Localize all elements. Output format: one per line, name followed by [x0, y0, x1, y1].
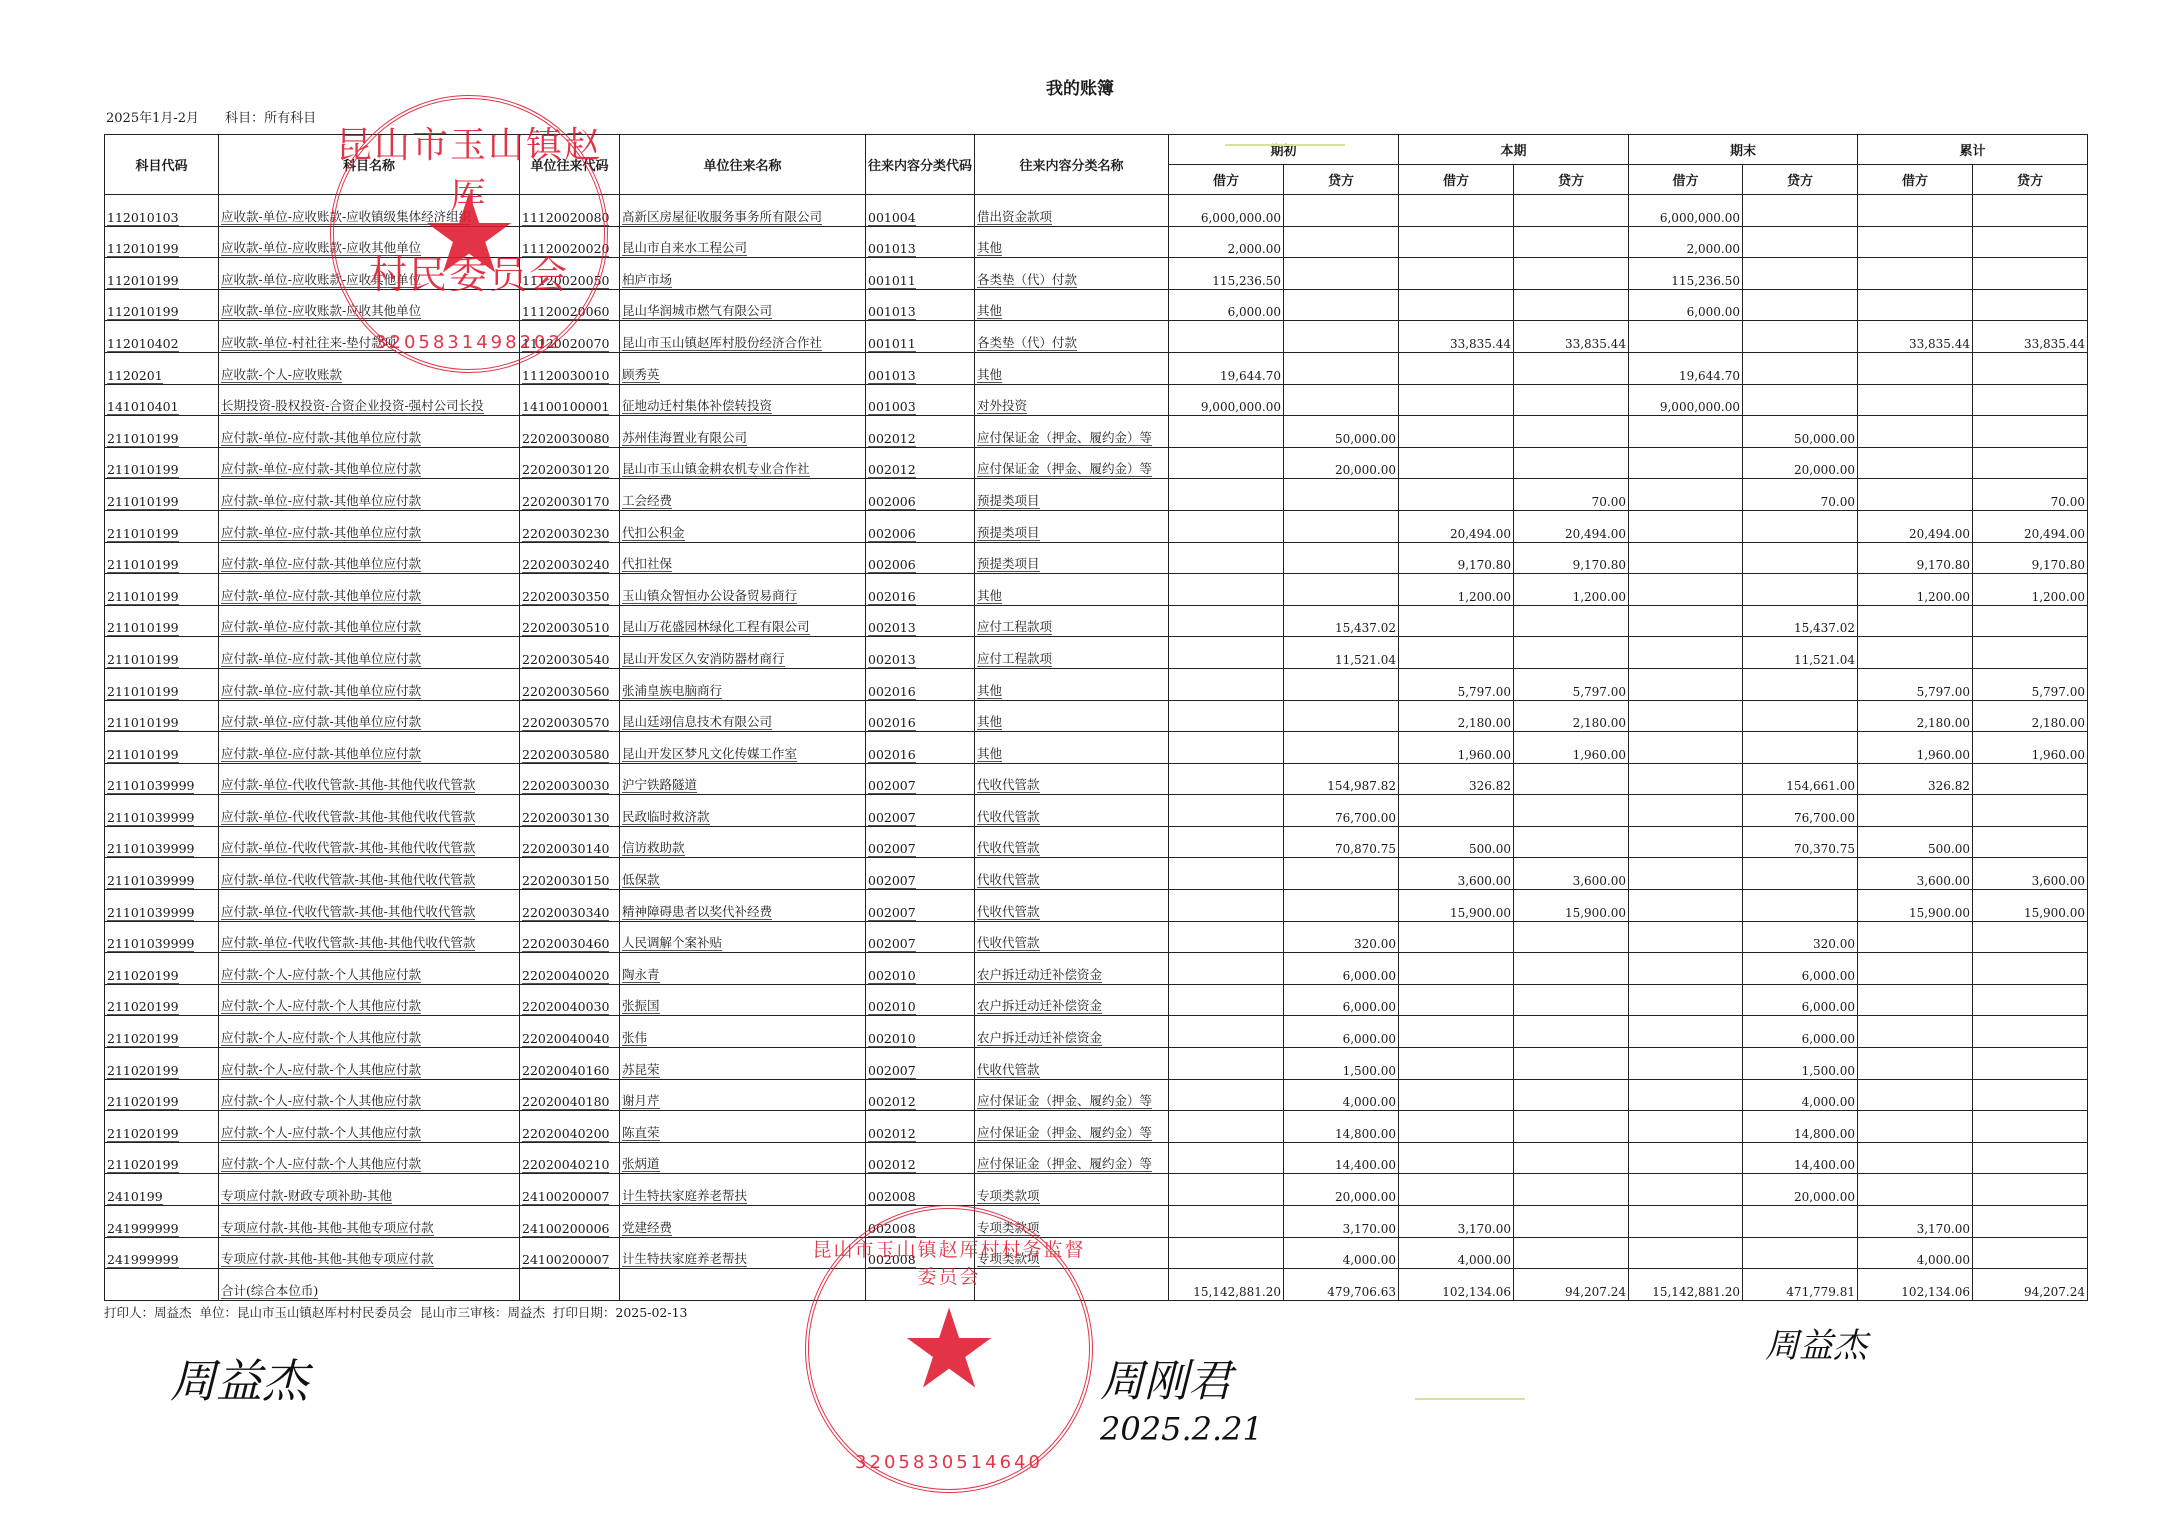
opening-credit-cell	[1284, 510, 1399, 542]
unit-name-cell: 低保款	[620, 858, 866, 890]
current-credit-cell: 20,494.00	[1514, 510, 1629, 542]
report-filter: 2025年1月-2月 科目：所有科目	[106, 107, 316, 126]
table-row: 112010199应收款-单位-应收账款-应收其他单位11120020050柏庐…	[105, 258, 2088, 290]
opening-debit-cell	[1169, 1237, 1284, 1269]
current-credit-cell	[1514, 826, 1629, 858]
category-code-cell: 001003	[866, 384, 975, 416]
account-code-cell: 21101039999	[105, 890, 219, 922]
category-name-cell: 代收代管款	[975, 763, 1169, 795]
cumulative-credit-cell	[1973, 1174, 2088, 1206]
unit-name-cell: 人民调解个案补贴	[620, 921, 866, 953]
ending-debit-cell	[1629, 1079, 1743, 1111]
unit-name-cell: 精神障碍患者以奖代补经费	[620, 890, 866, 922]
account-name-cell: 应付款-单位-应付款-其他单位应付款	[219, 416, 520, 448]
cumulative-debit-cell	[1858, 1048, 1973, 1080]
unit-code-cell: 11120020050	[520, 258, 620, 290]
account-code-cell: 2410199	[105, 1174, 219, 1206]
cumulative-debit-cell	[1858, 289, 1973, 321]
ending-debit-cell	[1629, 921, 1743, 953]
unit-name-cell: 张伟	[620, 1016, 866, 1048]
category-name-cell: 代收代管款	[975, 858, 1169, 890]
total-open-cr-cell: 479,706.63	[1284, 1269, 1399, 1301]
period-label: 2025年1月-2月	[106, 111, 199, 126]
unit-code-cell: 11120020060	[520, 289, 620, 321]
unit-name-cell: 计生特扶家庭养老帮扶	[620, 1174, 866, 1206]
header-group-current: 本期	[1399, 135, 1629, 165]
opening-credit-cell	[1284, 574, 1399, 606]
total-end-cr-cell: 471,779.81	[1743, 1269, 1858, 1301]
table-row: 21101039999应付款-单位-代收代管款-其他-其他代收代管款220200…	[105, 890, 2088, 922]
current-debit-cell	[1399, 984, 1514, 1016]
current-debit-cell: 20,494.00	[1399, 510, 1514, 542]
account-code-cell: 112010199	[105, 289, 219, 321]
account-name-cell: 应付款-单位-应付款-其他单位应付款	[219, 542, 520, 574]
cumulative-debit-cell	[1858, 258, 1973, 290]
account-code-cell: 211010199	[105, 732, 219, 764]
highlight-mark	[1415, 1398, 1525, 1400]
current-credit-cell	[1514, 352, 1629, 384]
cumulative-credit-cell: 70.00	[1973, 479, 2088, 511]
current-credit-cell: 9,170.80	[1514, 542, 1629, 574]
ending-credit-cell	[1743, 858, 1858, 890]
table-row: 241999999专项应付款-其他-其他-其他专项应付款24100200006党…	[105, 1206, 2088, 1238]
unit-code-cell: 22020030130	[520, 795, 620, 827]
category-code-cell: 002012	[866, 447, 975, 479]
current-credit-cell	[1514, 447, 1629, 479]
signature-left: 周益杰	[170, 1345, 308, 1411]
unit-code-cell: 22020040200	[520, 1111, 620, 1143]
category-code-cell: 002010	[866, 984, 975, 1016]
current-debit-cell	[1399, 637, 1514, 669]
ledger-table: 科目代码 科目名称 单位往来代码 单位往来名称 往来内容分类代码 往来内容分类名…	[104, 134, 2088, 1301]
account-name-cell: 应收款-单位-应收账款-应收其他单位	[219, 289, 520, 321]
opening-credit-cell	[1284, 352, 1399, 384]
ending-debit-cell	[1629, 1237, 1743, 1269]
current-credit-cell: 33,835.44	[1514, 321, 1629, 353]
signature-middle-date: 2025.2.21	[1100, 1410, 1263, 1448]
ending-credit-cell	[1743, 195, 1858, 227]
table-row: 112010199应收款-单位-应收账款-应收其他单位11120020020昆山…	[105, 226, 2088, 258]
table-row: 141010401长期投资-股权投资-合资企业投资-强村公司长投14100100…	[105, 384, 2088, 416]
cumulative-debit-cell	[1858, 226, 1973, 258]
current-debit-cell: 15,900.00	[1399, 890, 1514, 922]
table-row: 211010199应付款-单位-应付款-其他单位应付款22020030570昆山…	[105, 700, 2088, 732]
current-credit-cell: 5,797.00	[1514, 668, 1629, 700]
category-name-cell: 预提类项目	[975, 510, 1169, 542]
opening-credit-cell: 6,000.00	[1284, 953, 1399, 985]
total-cum-cr-cell: 94,207.24	[1973, 1269, 2088, 1301]
current-credit-cell: 1,200.00	[1514, 574, 1629, 606]
ending-credit-cell	[1743, 384, 1858, 416]
cumulative-credit-cell	[1973, 637, 2088, 669]
header-debit: 借方	[1399, 165, 1514, 195]
cumulative-debit-cell: 4,000.00	[1858, 1237, 1973, 1269]
opening-credit-cell: 50,000.00	[1284, 416, 1399, 448]
account-code-cell: 211020199	[105, 1111, 219, 1143]
table-row: 211020199应付款-个人-应付款-个人其他应付款22020040200陈直…	[105, 1111, 2088, 1143]
print-date: 打印日期：2025-02-13	[553, 1305, 688, 1320]
ending-credit-cell: 1,500.00	[1743, 1048, 1858, 1080]
account-name-cell: 应收款-单位-应收账款-应收其他单位	[219, 258, 520, 290]
unit-name-cell: 代扣公积金	[620, 510, 866, 542]
cumulative-credit-cell	[1973, 384, 2088, 416]
total-open-dr-cell: 15,142,881.20	[1169, 1269, 1284, 1301]
account-name-cell: 应付款-单位-应付款-其他单位应付款	[219, 700, 520, 732]
opening-debit-cell	[1169, 447, 1284, 479]
account-code-cell: 211010199	[105, 479, 219, 511]
account-code-cell: 112010199	[105, 258, 219, 290]
current-credit-cell	[1514, 416, 1629, 448]
opening-credit-cell: 20,000.00	[1284, 447, 1399, 479]
header-group-ending: 期末	[1629, 135, 1858, 165]
empty-cell	[866, 1269, 975, 1301]
current-debit-cell	[1399, 1142, 1514, 1174]
account-code-cell: 112010199	[105, 226, 219, 258]
current-debit-cell	[1399, 1048, 1514, 1080]
cumulative-credit-cell	[1973, 447, 2088, 479]
current-debit-cell	[1399, 605, 1514, 637]
account-code-cell: 211010199	[105, 447, 219, 479]
opening-debit-cell	[1169, 953, 1284, 985]
ending-credit-cell	[1743, 542, 1858, 574]
category-code-cell: 002006	[866, 479, 975, 511]
current-debit-cell	[1399, 384, 1514, 416]
ending-credit-cell	[1743, 289, 1858, 321]
header-debit: 借方	[1169, 165, 1284, 195]
cumulative-debit-cell	[1858, 1142, 1973, 1174]
ending-credit-cell: 20,000.00	[1743, 447, 1858, 479]
opening-debit-cell	[1169, 605, 1284, 637]
account-code-cell: 211010199	[105, 605, 219, 637]
cumulative-debit-cell	[1858, 984, 1973, 1016]
category-code-cell: 001004	[866, 195, 975, 227]
opening-credit-cell: 20,000.00	[1284, 1174, 1399, 1206]
category-name-cell: 其他	[975, 289, 1169, 321]
account-name-cell: 专项应付款-其他-其他-其他专项应付款	[219, 1206, 520, 1238]
ending-debit-cell	[1629, 637, 1743, 669]
cumulative-credit-cell	[1973, 984, 2088, 1016]
cumulative-credit-cell: 15,900.00	[1973, 890, 2088, 922]
account-name-cell: 应付款-个人-应付款-个人其他应付款	[219, 1016, 520, 1048]
account-code-cell: 241999999	[105, 1206, 219, 1238]
table-row: 211010199应付款-单位-应付款-其他单位应付款22020030560张浦…	[105, 668, 2088, 700]
unit-code-cell: 11120030010	[520, 352, 620, 384]
opening-credit-cell: 70,870.75	[1284, 826, 1399, 858]
opening-credit-cell	[1284, 289, 1399, 321]
star-icon: ★	[900, 1294, 999, 1404]
document-title: 我的账簿	[1000, 74, 1160, 99]
unit-code-cell: 22020030030	[520, 763, 620, 795]
ending-debit-cell	[1629, 574, 1743, 606]
unit-code-cell: 22020030080	[520, 416, 620, 448]
table-row: 211010199应付款-单位-应付款-其他单位应付款22020030230代扣…	[105, 510, 2088, 542]
unit-name-cell: 党建经费	[620, 1206, 866, 1238]
category-code-cell: 002008	[866, 1174, 975, 1206]
account-code-cell: 211010199	[105, 510, 219, 542]
opening-credit-cell	[1284, 858, 1399, 890]
account-name-cell: 应收款-单位-应收账款-应收镇级集体经济组织	[219, 195, 520, 227]
cumulative-credit-cell	[1973, 226, 2088, 258]
ending-debit-cell	[1629, 1142, 1743, 1174]
ending-credit-cell: 50,000.00	[1743, 416, 1858, 448]
ending-credit-cell: 11,521.04	[1743, 637, 1858, 669]
current-debit-cell	[1399, 352, 1514, 384]
ending-debit-cell	[1629, 321, 1743, 353]
current-credit-cell	[1514, 637, 1629, 669]
opening-credit-cell	[1284, 195, 1399, 227]
current-credit-cell: 2,180.00	[1514, 700, 1629, 732]
unit-code-cell: 24100200006	[520, 1206, 620, 1238]
unit: 单位：昆山市玉山镇赵厍村村民委员会	[199, 1305, 412, 1320]
unit-code-cell: 22020030560	[520, 668, 620, 700]
category-name-cell: 代收代管款	[975, 890, 1169, 922]
current-credit-cell	[1514, 258, 1629, 290]
current-debit-cell: 1,200.00	[1399, 574, 1514, 606]
ending-debit-cell: 115,236.50	[1629, 258, 1743, 290]
cumulative-credit-cell	[1973, 195, 2088, 227]
current-debit-cell	[1399, 795, 1514, 827]
opening-debit-cell	[1169, 416, 1284, 448]
cumulative-credit-cell	[1973, 1111, 2088, 1143]
account-code-cell: 211010199	[105, 574, 219, 606]
opening-credit-cell	[1284, 384, 1399, 416]
account-code-cell: 21101039999	[105, 763, 219, 795]
table-row: 211010199应付款-单位-应付款-其他单位应付款22020030240代扣…	[105, 542, 2088, 574]
current-credit-cell	[1514, 921, 1629, 953]
unit-name-cell: 昆山市自来水工程公司	[620, 226, 866, 258]
opening-debit-cell	[1169, 858, 1284, 890]
opening-debit-cell	[1169, 321, 1284, 353]
opening-debit-cell	[1169, 510, 1284, 542]
category-code-cell: 001011	[866, 258, 975, 290]
current-debit-cell: 2,180.00	[1399, 700, 1514, 732]
cumulative-credit-cell	[1973, 258, 2088, 290]
ending-debit-cell	[1629, 1016, 1743, 1048]
category-code-cell: 002008	[866, 1206, 975, 1238]
cumulative-debit-cell: 9,170.80	[1858, 542, 1973, 574]
opening-debit-cell	[1169, 637, 1284, 669]
ending-debit-cell: 6,000,000.00	[1629, 195, 1743, 227]
cumulative-debit-cell: 500.00	[1858, 826, 1973, 858]
current-credit-cell	[1514, 226, 1629, 258]
opening-credit-cell	[1284, 732, 1399, 764]
opening-credit-cell: 320.00	[1284, 921, 1399, 953]
table-row: 211010199应付款-单位-应付款-其他单位应付款22020030170工会…	[105, 479, 2088, 511]
unit-code-cell: 24100200007	[520, 1237, 620, 1269]
ending-credit-cell	[1743, 352, 1858, 384]
category-name-cell: 应付保证金（押金、履约金）等	[975, 416, 1169, 448]
opening-debit-cell	[1169, 479, 1284, 511]
ending-debit-cell	[1629, 953, 1743, 985]
opening-debit-cell	[1169, 984, 1284, 1016]
category-code-cell: 002013	[866, 605, 975, 637]
cumulative-debit-cell	[1858, 479, 1973, 511]
category-code-cell: 002010	[866, 953, 975, 985]
ending-credit-cell: 6,000.00	[1743, 1016, 1858, 1048]
current-debit-cell	[1399, 447, 1514, 479]
account-name-cell: 应付款-单位-应付款-其他单位应付款	[219, 510, 520, 542]
seal-code: 3205830514640	[809, 1452, 1089, 1473]
ending-credit-cell: 14,400.00	[1743, 1142, 1858, 1174]
empty-cell	[975, 1269, 1169, 1301]
account-name-cell: 应付款-个人-应付款-个人其他应付款	[219, 1048, 520, 1080]
cumulative-debit-cell: 3,600.00	[1858, 858, 1973, 890]
ending-debit-cell	[1629, 510, 1743, 542]
opening-credit-cell: 6,000.00	[1284, 984, 1399, 1016]
category-name-cell: 专项类款项	[975, 1206, 1169, 1238]
unit-name-cell: 顾秀英	[620, 352, 866, 384]
unit-code-cell: 22020030580	[520, 732, 620, 764]
ending-credit-cell	[1743, 1206, 1858, 1238]
category-code-cell: 002010	[866, 1016, 975, 1048]
ending-debit-cell	[1629, 668, 1743, 700]
header-unit-name: 单位往来名称	[620, 135, 866, 195]
category-code-cell: 001013	[866, 352, 975, 384]
cumulative-credit-cell: 1,960.00	[1973, 732, 2088, 764]
ending-credit-cell: 70,370.75	[1743, 826, 1858, 858]
current-credit-cell	[1514, 763, 1629, 795]
cumulative-debit-cell	[1858, 637, 1973, 669]
account-code-cell: 211020199	[105, 953, 219, 985]
category-code-cell: 001011	[866, 321, 975, 353]
opening-credit-cell: 6,000.00	[1284, 1016, 1399, 1048]
account-code-cell: 1120201	[105, 352, 219, 384]
current-credit-cell	[1514, 795, 1629, 827]
ending-credit-cell	[1743, 258, 1858, 290]
cumulative-debit-cell	[1858, 195, 1973, 227]
total-label: 合计(综合本位币)	[219, 1269, 520, 1301]
account-code-cell: 211010199	[105, 416, 219, 448]
unit-name-cell: 昆山市玉山镇金耕农机专业合作社	[620, 447, 866, 479]
category-code-cell: 002007	[866, 858, 975, 890]
cumulative-credit-cell: 5,797.00	[1973, 668, 2088, 700]
header-category-code: 往来内容分类代码	[866, 135, 975, 195]
opening-credit-cell: 4,000.00	[1284, 1079, 1399, 1111]
current-debit-cell	[1399, 1079, 1514, 1111]
account-code-cell: 141010401	[105, 384, 219, 416]
category-name-cell: 专项类款项	[975, 1237, 1169, 1269]
current-debit-cell	[1399, 1016, 1514, 1048]
cumulative-debit-cell	[1858, 795, 1973, 827]
cumulative-debit-cell	[1858, 416, 1973, 448]
unit-name-cell: 高新区房屋征收服务事务所有限公司	[620, 195, 866, 227]
opening-debit-cell	[1169, 542, 1284, 574]
current-credit-cell	[1514, 384, 1629, 416]
cumulative-debit-cell: 3,170.00	[1858, 1206, 1973, 1238]
current-credit-cell	[1514, 953, 1629, 985]
current-credit-cell	[1514, 1079, 1629, 1111]
empty-cell	[105, 1269, 219, 1301]
category-code-cell: 002006	[866, 510, 975, 542]
table-row: 112010402应收款-单位-村社往来-垫付款项11120020070昆山市玉…	[105, 321, 2088, 353]
header-debit: 借方	[1629, 165, 1743, 195]
total-row: 合计(综合本位币)15,142,881.20479,706.63102,134.…	[105, 1269, 2088, 1301]
category-name-cell: 应付保证金（押金、履约金）等	[975, 1111, 1169, 1143]
account-name-cell: 应付款-单位-代收代管款-其他-其他代收代管款	[219, 890, 520, 922]
opening-credit-cell	[1284, 700, 1399, 732]
category-name-cell: 应付保证金（押金、履约金）等	[975, 1079, 1169, 1111]
ending-debit-cell	[1629, 542, 1743, 574]
current-credit-cell	[1514, 195, 1629, 227]
table-row: 21101039999应付款-单位-代收代管款-其他-其他代收代管款220200…	[105, 858, 2088, 890]
cumulative-debit-cell: 326.82	[1858, 763, 1973, 795]
table-row: 211010199应付款-单位-应付款-其他单位应付款22020030350玉山…	[105, 574, 2088, 606]
account-name-cell: 应付款-单位-代收代管款-其他-其他代收代管款	[219, 795, 520, 827]
category-name-cell: 其他	[975, 352, 1169, 384]
table-row: 211020199应付款-个人-应付款-个人其他应付款22020040040张伟…	[105, 1016, 2088, 1048]
current-debit-cell	[1399, 258, 1514, 290]
category-code-cell: 002007	[866, 890, 975, 922]
category-code-cell: 002008	[866, 1237, 975, 1269]
opening-credit-cell	[1284, 321, 1399, 353]
current-debit-cell: 9,170.80	[1399, 542, 1514, 574]
category-name-cell: 代收代管款	[975, 795, 1169, 827]
unit-name-cell: 玉山镇众智恒办公设备贸易商行	[620, 574, 866, 606]
category-code-cell: 002012	[866, 416, 975, 448]
table-row: 211020199应付款-个人-应付款-个人其他应付款22020040020陶永…	[105, 953, 2088, 985]
cumulative-debit-cell	[1858, 921, 1973, 953]
current-debit-cell	[1399, 416, 1514, 448]
category-code-cell: 002007	[866, 763, 975, 795]
category-code-cell: 001013	[866, 289, 975, 321]
cumulative-credit-cell	[1973, 953, 2088, 985]
unit-code-cell: 22020030230	[520, 510, 620, 542]
cumulative-credit-cell: 2,180.00	[1973, 700, 2088, 732]
unit-name-cell: 柏庐市场	[620, 258, 866, 290]
unit-code-cell: 11120020080	[520, 195, 620, 227]
opening-credit-cell: 15,437.02	[1284, 605, 1399, 637]
category-name-cell: 其他	[975, 732, 1169, 764]
cumulative-credit-cell	[1973, 1079, 2088, 1111]
cumulative-credit-cell: 20,494.00	[1973, 510, 2088, 542]
unit-code-cell: 22020040210	[520, 1142, 620, 1174]
ending-credit-cell: 70.00	[1743, 479, 1858, 511]
opening-debit-cell	[1169, 1016, 1284, 1048]
header-account-name: 科目名称	[219, 135, 520, 195]
cumulative-debit-cell	[1858, 953, 1973, 985]
opening-credit-cell: 4,000.00	[1284, 1237, 1399, 1269]
cumulative-credit-cell	[1973, 921, 2088, 953]
category-code-cell: 002016	[866, 700, 975, 732]
header-account-code: 科目代码	[105, 135, 219, 195]
account-code-cell: 21101039999	[105, 826, 219, 858]
unit-name-cell: 沪宁铁路隧道	[620, 763, 866, 795]
ending-debit-cell	[1629, 826, 1743, 858]
cumulative-debit-cell: 33,835.44	[1858, 321, 1973, 353]
header-unit-code: 单位往来代码	[520, 135, 620, 195]
unit-name-cell: 征地动迁村集体补偿转投资	[620, 384, 866, 416]
current-credit-cell	[1514, 1142, 1629, 1174]
account-code-cell: 211010199	[105, 542, 219, 574]
table-row: 211010199应付款-单位-应付款-其他单位应付款22020030580昆山…	[105, 732, 2088, 764]
unit-name-cell: 代扣社保	[620, 542, 866, 574]
cumulative-debit-cell: 1,200.00	[1858, 574, 1973, 606]
ending-debit-cell	[1629, 1174, 1743, 1206]
ending-debit-cell	[1629, 858, 1743, 890]
category-name-cell: 各类垫（代）付款	[975, 321, 1169, 353]
category-code-cell: 002007	[866, 921, 975, 953]
ending-credit-cell: 15,437.02	[1743, 605, 1858, 637]
ending-credit-cell	[1743, 700, 1858, 732]
opening-credit-cell	[1284, 668, 1399, 700]
category-name-cell: 应付工程款项	[975, 637, 1169, 669]
category-code-cell: 002016	[866, 732, 975, 764]
unit-code-cell: 22020040020	[520, 953, 620, 985]
account-code-cell: 112010103	[105, 195, 219, 227]
header-group-opening: 期初	[1169, 135, 1399, 165]
cumulative-debit-cell	[1858, 352, 1973, 384]
account-name-cell: 应付款-单位-应付款-其他单位应付款	[219, 447, 520, 479]
